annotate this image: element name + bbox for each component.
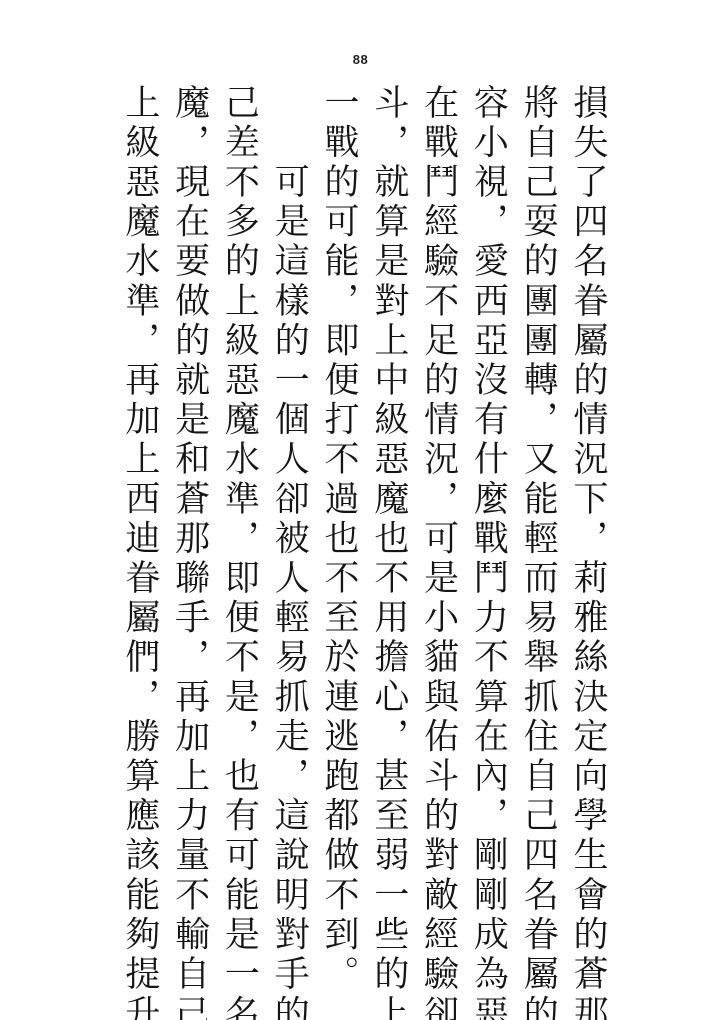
text-column-10: 上級惡魔水準，再加上西迪眷屬們，勝算應該能夠提升很多。 (114, 84, 164, 984)
text-column-1: 損失了四名眷屬的情況下，莉雅絲決定向學生會的蒼那‧西迪求助，能夠 (562, 84, 612, 984)
vertical-text-body: 損失了四名眷屬的情況下，莉雅絲決定向學生會的蒼那‧西迪求助，能夠 將自己耍的團團… (114, 84, 612, 984)
text-column-6: 一戰的可能，即便打不過也不至於連逃跑都做不到。 (313, 84, 363, 984)
text-column-8: 己差不多的上級惡魔水準，即便不是，也有可能是一名以上的普通上級惡 (214, 84, 264, 984)
text-column-9: 魔，現在要做的就是和蒼那聯手，再加上力量不輸自己的朱乃，聯合三個 (164, 84, 214, 984)
text-column-5: 斗，就算是對上中級惡魔也不用擔心，甚至弱一些的上級惡魔也不是沒有 (363, 84, 413, 984)
text-column-7: 可是這樣的一個人卻被人輕易抓走，這說明對手的實力很可能是和自 (263, 84, 313, 984)
text-column-3: 容小視，愛西亞沒有什麼戰鬥力不算在內，剛剛成為惡魔的一誠也或許存 (463, 84, 513, 984)
text-column-4: 在戰鬥經驗不足的情況，可是小貓與佑斗的對敵經驗卻很豐富，尤其是佑 (413, 84, 463, 984)
page-number: 88 (0, 52, 721, 67)
text-column-2: 將自己耍的團團轉，又能輕而易舉抓住自己四名眷屬的敵人，實力恐怕不 (512, 84, 562, 984)
